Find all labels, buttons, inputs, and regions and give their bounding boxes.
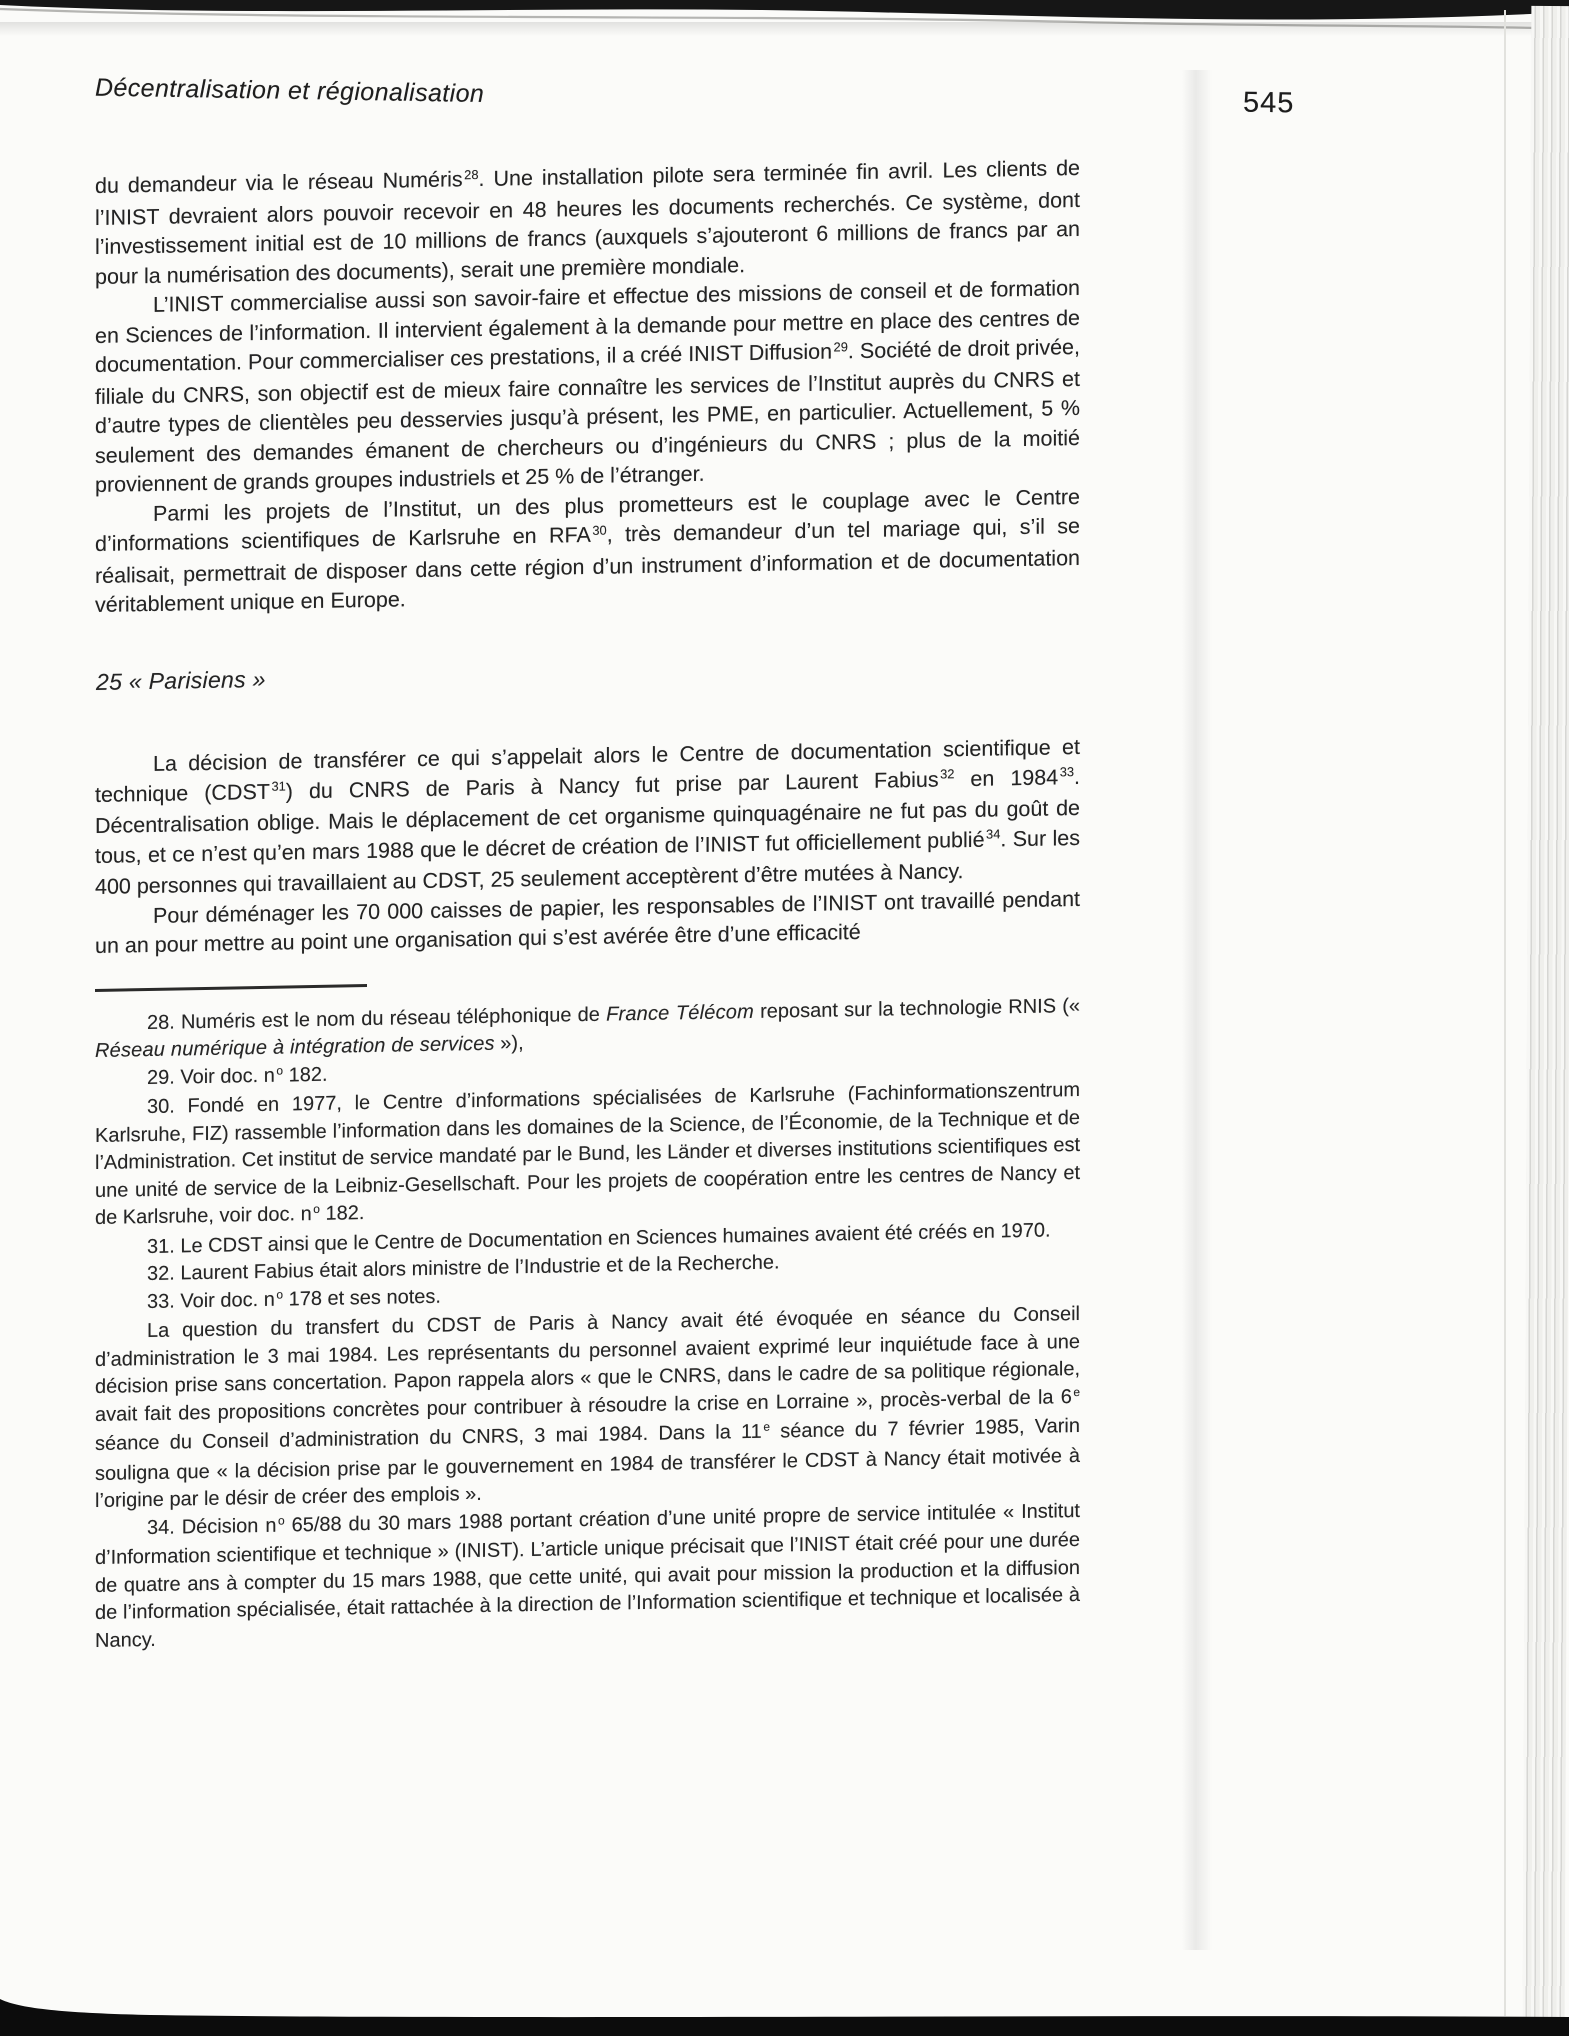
body-paragraph: Parmi les projets de l’Institut, un des … bbox=[95, 482, 1080, 620]
body-paragraph: du demandeur via le réseau Numéris28. Un… bbox=[95, 154, 1080, 292]
bottom-edge-curve bbox=[0, 1986, 1569, 2036]
section-text-block: La décision de transférer ce qui s’appel… bbox=[95, 733, 1080, 962]
body-paragraph: La décision de transférer ce qui s’appel… bbox=[95, 733, 1080, 903]
page-text-column: du demandeur via le réseau Numéris28. Un… bbox=[95, 154, 1080, 1655]
footnotes-block: 28. Numéris est le nom du réseau télépho… bbox=[95, 992, 1080, 1655]
page-stack-edge bbox=[1523, 6, 1569, 2018]
footnote: 34. Décision no 65/88 du 30 mars 1988 po… bbox=[95, 1497, 1080, 1655]
body-paragraph: L’INIST commercialise aussi son savoir-f… bbox=[95, 274, 1080, 501]
page-edge-line bbox=[1504, 10, 1506, 2016]
page-header: Décentralisation et régionalisation 545 bbox=[0, 0, 1569, 186]
section-heading: 25 « Parisiens » bbox=[96, 649, 1080, 697]
scanned-book-page: { "scan": { "header": { "running_title":… bbox=[0, 0, 1569, 2036]
running-title: Décentralisation et régionalisation bbox=[95, 74, 484, 109]
page-curvature-shadow bbox=[1182, 70, 1212, 1950]
footnote: 30. Fondé en 1977, le Centre d’informati… bbox=[95, 1077, 1080, 1235]
intro-text-block: du demandeur via le réseau Numéris28. Un… bbox=[95, 154, 1080, 621]
page-number: 545 bbox=[1243, 87, 1294, 121]
scan-bottom-edge-artifact bbox=[0, 1986, 1569, 2036]
footnote: La question du transfert du CDST de Pari… bbox=[95, 1301, 1080, 1516]
footnote-separator bbox=[95, 984, 367, 992]
